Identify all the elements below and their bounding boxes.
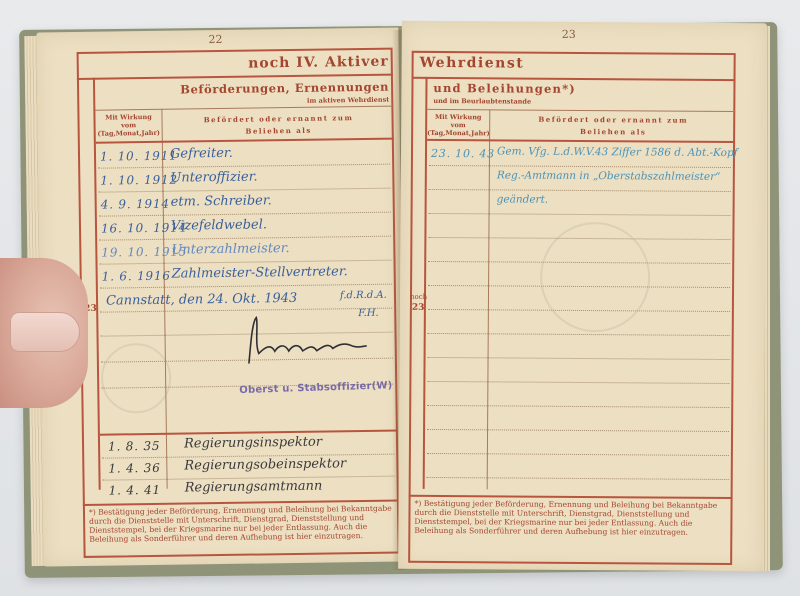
footnote: *) Bestätigung jeder Beförderung, Ernenn… — [414, 499, 728, 537]
entry-date: 1. 10. 1911 — [100, 149, 178, 164]
place-date-line: Cannstatt, den 24. Okt. 1943 — [106, 291, 297, 309]
section-subtitle: und Beleihungen*) — [433, 81, 576, 96]
entry-rank: etm. Schreiber. — [171, 193, 272, 209]
date-column-header: Mit Wirkung vom (Tag,Monat,Jahr) — [427, 113, 489, 137]
entry-date: 4. 9. 1914 — [101, 197, 170, 212]
entry-rank: Gefreiter. — [170, 146, 233, 162]
later-entry-date: 1. 8. 35 — [108, 439, 160, 454]
later-entry-date: 1. 4. 41 — [109, 483, 161, 498]
entry-rank: Zahlmeister-Stellvertreter. — [172, 264, 348, 281]
entry-date: 1. 6. 1916 — [102, 269, 171, 284]
header-line: Beliehen als — [495, 125, 731, 139]
date-column-header: Mit Wirkung vom (Tag,Monat,Jahr) — [95, 113, 161, 138]
section-subtitle-note: und im Beurlaubtenstande — [433, 97, 531, 106]
entry-date: 1. 10. 1912 — [100, 173, 178, 188]
photo-background: 22 noch IV. Aktiver Beförderungen, Ernen… — [0, 0, 800, 596]
faded-eagle-watermark — [540, 222, 651, 333]
header-line: (Tag,Monat,Jahr) — [427, 129, 489, 137]
section-title: noch IV. Aktiver — [248, 54, 389, 72]
page-number: 23 — [562, 28, 576, 41]
later-entry-rank: Regierungsobeinspektor — [184, 456, 346, 473]
entry-text-line: Gem. Vfg. L.d.W.V.43 Ziffer 1586 d. Abt.… — [497, 145, 738, 159]
later-entry-date: 1. 4. 36 — [108, 461, 160, 476]
header-line: (Tag,Monat,Jahr) — [96, 129, 162, 138]
signature-icon — [240, 312, 371, 370]
rank-column-header: Befördert oder ernannt zum Beliehen als — [495, 113, 731, 139]
later-entry-rank: Regierungsamtmann — [185, 479, 323, 496]
entry-text-line: Reg.-Amtmann in „Oberstabszahlmeister“ — [497, 169, 721, 183]
left-page: 22 noch IV. Aktiver Beförderungen, Ernen… — [36, 27, 405, 566]
section-title: Wehrdienst — [420, 55, 525, 72]
margin-note: noch — [410, 293, 427, 301]
footnote: *) Bestätigung jeder Beförderung, Ernenn… — [89, 504, 395, 544]
rank-column-header: Befördert oder ernannt zum Beliehen als — [167, 112, 389, 139]
thumbnail — [10, 312, 80, 352]
entry-rank: Vizefeldwebel. — [171, 217, 267, 233]
later-entry-rank: Regierungsinspektor — [184, 435, 322, 452]
signature-note: f.d.R.d.A. — [340, 290, 387, 302]
entry-rank: Unteroffizier. — [170, 169, 257, 185]
entry-text-line: geändert. — [497, 193, 549, 205]
margin-page-ref: 23 — [412, 303, 425, 313]
section-subtitle-note: im aktiven Wehrdienst — [307, 96, 389, 105]
entry-date: 23. 10. 43 — [431, 147, 495, 160]
right-page: 23 Wehrdienst und Beleihungen*) und im B… — [398, 21, 767, 572]
entry-rank: Unterzahlmeister. — [171, 241, 289, 258]
page-number: 22 — [208, 33, 222, 46]
section-subtitle: Beförderungen, Ernennungen — [180, 80, 389, 97]
header-line: Mit Wirkung — [427, 113, 489, 121]
